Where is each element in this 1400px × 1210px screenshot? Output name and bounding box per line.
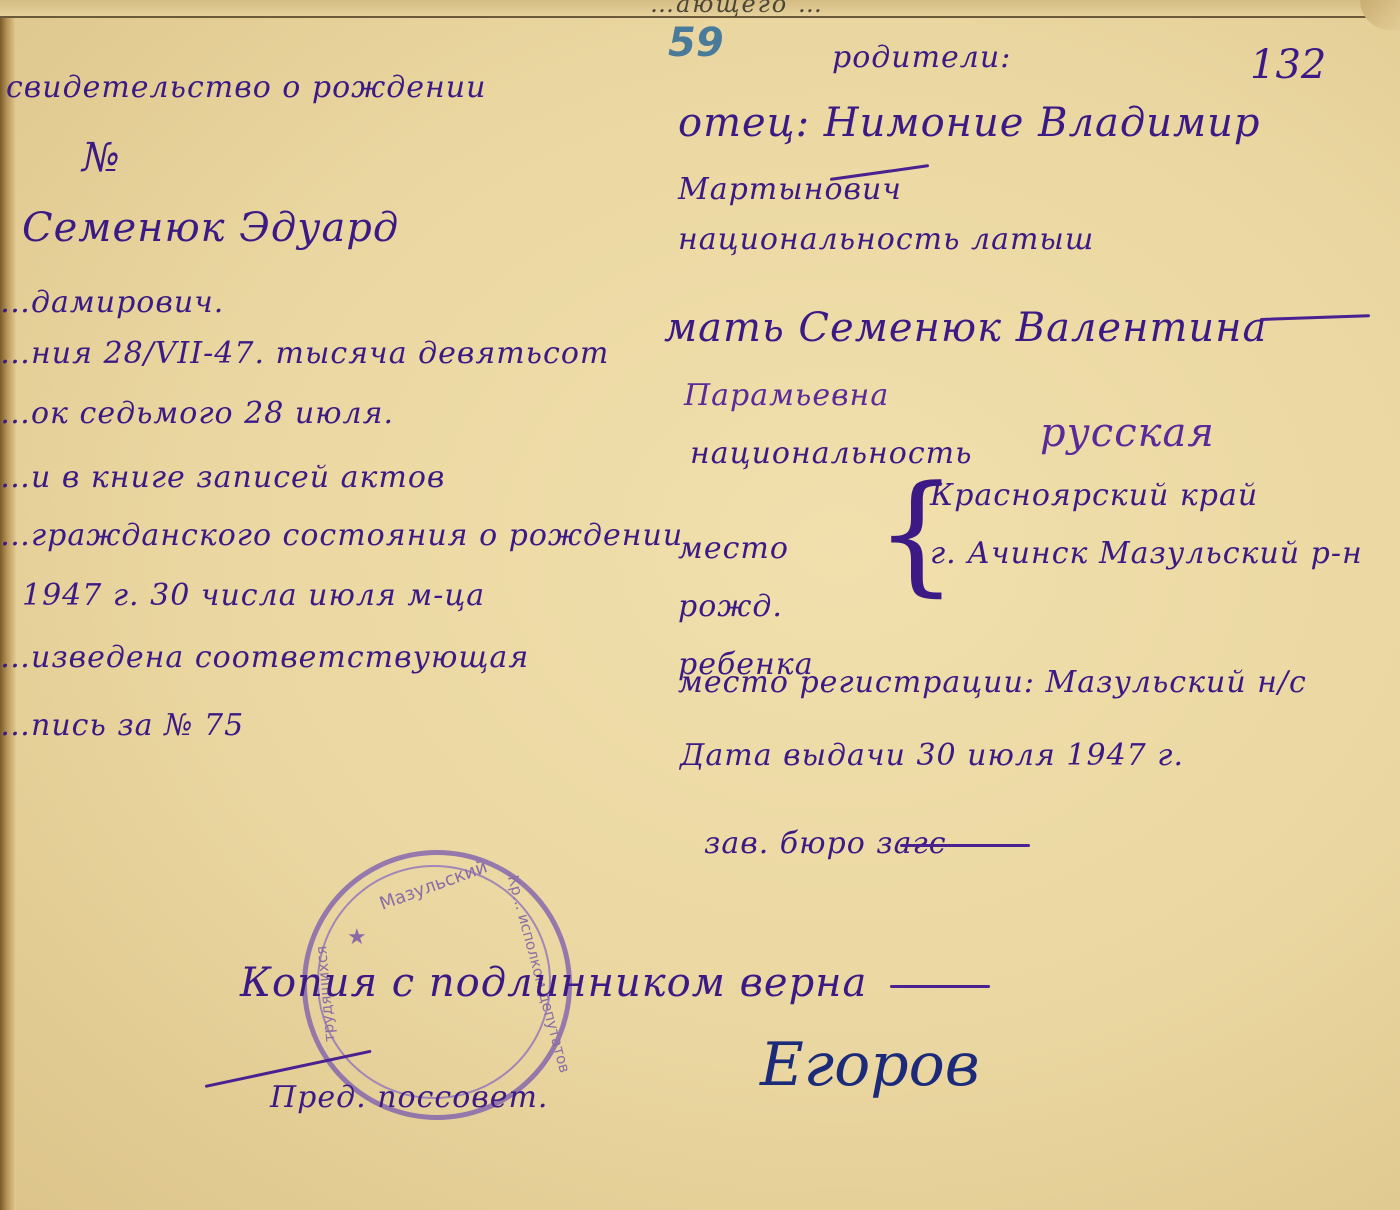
binding-shadow xyxy=(0,0,16,1210)
mother-name: мать Семенюк Валентина xyxy=(664,305,1267,351)
registry-line-1: …и в книге записей актов xyxy=(0,460,445,495)
flourish-stroke xyxy=(890,985,990,988)
mother-nationality: русская xyxy=(1040,410,1215,456)
ink-folio-number: 132 xyxy=(1250,42,1326,88)
child-patronymic: …дамирович. xyxy=(0,285,224,320)
registry-date: 1947 г. 30 числа июля м-ца xyxy=(22,578,485,613)
signature: Егоров xyxy=(760,1030,980,1100)
previous-page-text: …ающего … xyxy=(650,0,824,18)
number-sign: № xyxy=(82,135,121,181)
registry-line-3: …изведена соответствующая xyxy=(0,640,529,675)
registration-place: место регистрации: Мазульский н/с xyxy=(678,665,1307,700)
mother-patronymic: Парамьевна xyxy=(684,378,889,413)
registry-line-2: …гражданского состояния о рождении xyxy=(0,518,683,553)
flourish-stroke xyxy=(900,844,1030,847)
birth-date-line: …ния 28/VII-47. тысяча девятьсот xyxy=(0,336,609,371)
issue-date: Дата выдачи 30 июля 1947 г. xyxy=(680,738,1184,773)
child-name: Семенюк Эдуард xyxy=(22,205,399,251)
star-icon: ★ xyxy=(347,925,367,950)
father-name: отец: Нимоние Владимир xyxy=(678,100,1261,146)
father-patronymic: Мартынович xyxy=(678,172,902,207)
parents-label: родители: xyxy=(832,40,1011,75)
pencil-folio-number: 59 xyxy=(668,20,724,66)
chairman-title: Пред. поссовет. xyxy=(270,1080,548,1115)
birth-date-words: …ок седьмого 28 июля. xyxy=(0,396,394,431)
certificate-title: свидетельство о рождении xyxy=(6,70,486,105)
birthplace-region: Красноярский край xyxy=(930,478,1258,513)
previous-page-edge: …ающего … xyxy=(0,0,1400,18)
flourish-stroke xyxy=(1260,314,1370,321)
birthplace-town: г. Ачинск Мазульский р-н xyxy=(930,536,1363,571)
document-page: …ающего … 59 132 свидетельство о рождени… xyxy=(0,0,1400,1210)
record-number: …пись за № 75 xyxy=(0,708,244,743)
copy-certification: Копия с подлинником верна xyxy=(240,960,867,1006)
page-corner xyxy=(1360,0,1400,30)
father-nationality: национальность латыш xyxy=(678,222,1094,257)
